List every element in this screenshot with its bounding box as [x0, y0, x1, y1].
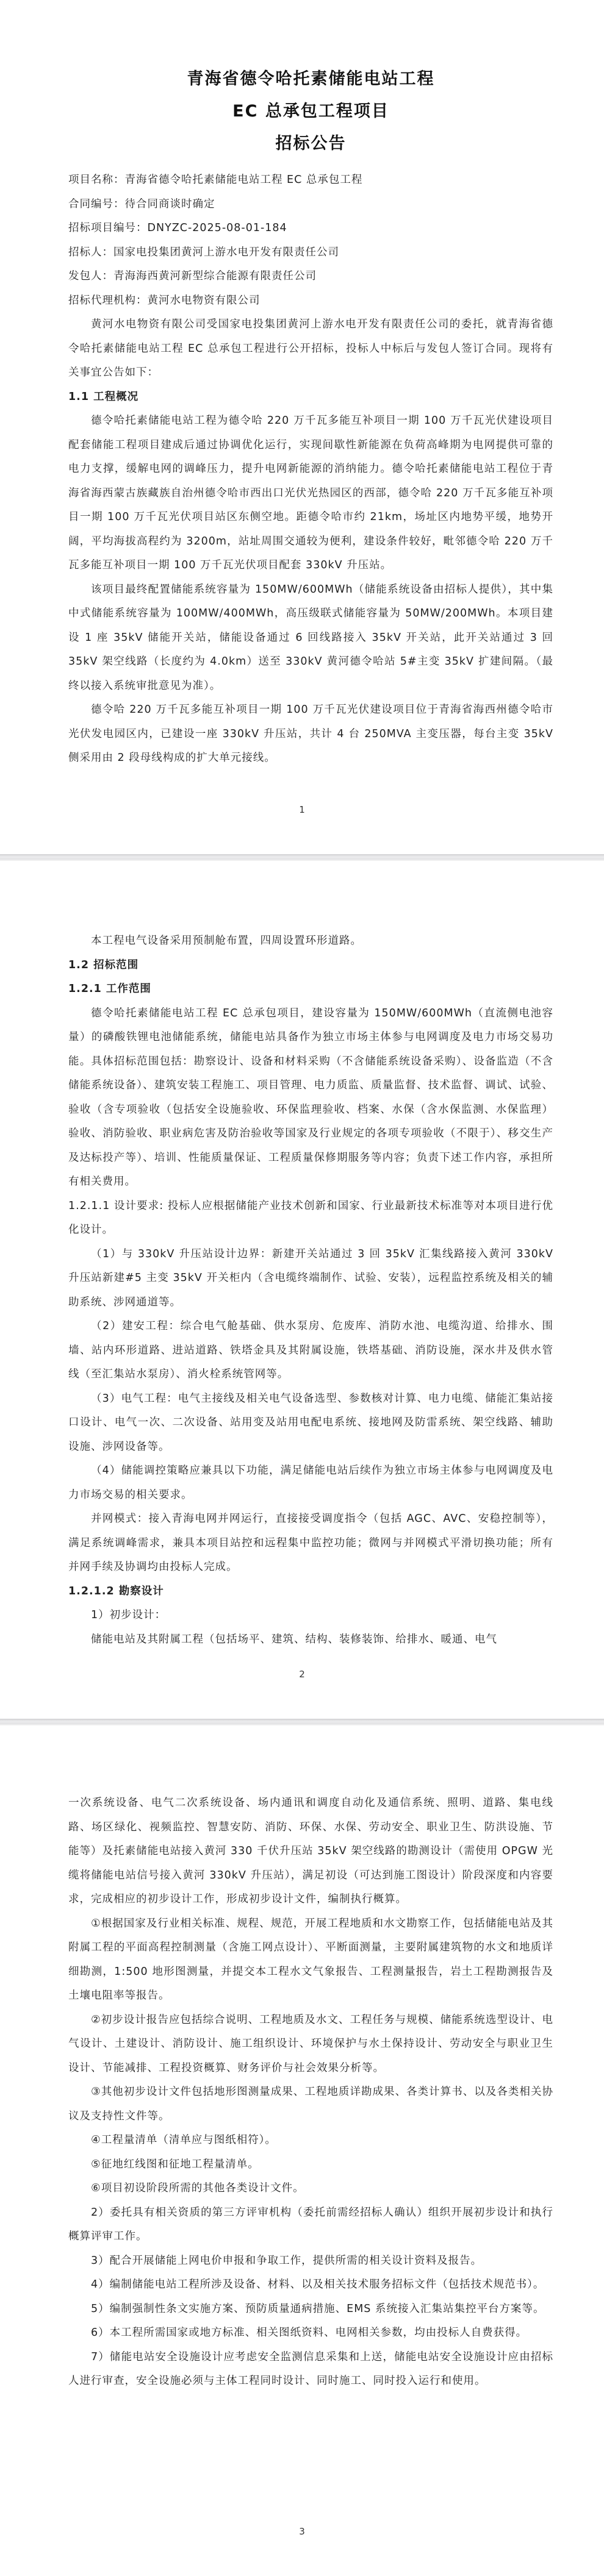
page-number-3: 3	[0, 2526, 604, 2537]
paragraph: 2）委托具有相关资质的第三方评审机构（委托前需经招标人确认）组织开展初步设计和执…	[68, 2201, 553, 2249]
paragraph: 本工程电气设备采用预制舱布置，四周设置环形道路。	[68, 929, 553, 954]
page-3-content: 一次系统设备、电气二次系统设备、场内通讯和调度自动化及通信系统、照明、道路、集电…	[0, 1725, 604, 2394]
page-1-content: 青海省德令哈托素储能电站工程EC 总承包工程项目招标公告项目名称：青海省德令哈托…	[0, 0, 604, 771]
paragraph: （3）电气工程：电气主接线及相关电气设备选型、参数核对计算、电力电缆、储能汇集站…	[68, 1387, 553, 1460]
paragraph: 5）编制强制性条文实施方案、预防质量通病措施、EMS 系统接入汇集站集控平台方案…	[68, 2297, 553, 2322]
tender-announcement-document: 青海省德令哈托素储能电站工程EC 总承包工程项目招标公告项目名称：青海省德令哈托…	[0, 0, 604, 2576]
paragraph: （4）储能调控策略应兼具以下功能，满足储能电站后续作为独立市场主体参与电网调度及…	[68, 1459, 553, 1507]
paragraph: 1）初步设计：	[68, 1604, 553, 1628]
page-number-2: 2	[0, 1669, 604, 1680]
paragraph: 并网模式：接入青海电网并网运行，直接接受调度指令（包括 AGC、AVC、安稳控制…	[68, 1507, 553, 1580]
section-heading: 1.2.1 工作范围	[68, 977, 553, 1002]
paragraph: 黄河水电物资有限公司受国家电投集团黄河上游水电开发有限责任公司的委托，就青海省德…	[68, 313, 553, 385]
meta-line: 招标代理机构：黄河水电物资有限公司	[68, 289, 553, 313]
paragraph: ④工程量清单（清单应与图纸相符）。	[68, 2128, 553, 2153]
document-page-3: 一次系统设备、电气二次系统设备、场内通讯和调度自动化及通信系统、照明、道路、集电…	[0, 1725, 604, 2576]
paragraph: 德令哈 220 万千瓦多能互补项目一期 100 万千瓦光伏建设项目位于青海省海西…	[68, 698, 553, 771]
document-title-line: 青海省德令哈托素储能电站工程	[68, 63, 553, 95]
paragraph: （1）与 330kV 升压站设计边界：新建开关站通过 3 回 35kV 汇集线路…	[68, 1243, 553, 1315]
paragraph: ⑤征地红线图和征地工程量清单。	[68, 2153, 553, 2177]
paragraph: （2）建安工程：综合电气舱基础、供水泵房、危废库、消防水池、电缆沟道、给排水、围…	[68, 1315, 553, 1387]
paragraph: 7）储能电站安全设施设计应考虑安全监测信息采集和上送，储能电站安全设施设计应由招…	[68, 2346, 553, 2394]
section-heading: 1.1 工程概况	[68, 385, 553, 410]
meta-line: 项目名称：青海省德令哈托素储能电站工程 EC 总承包工程	[68, 168, 553, 193]
paragraph: 该项目最终配置储能系统容量为 150MW/600MWh（储能系统设备由招标人提供…	[68, 578, 553, 699]
document-page-2: 本工程电气设备采用预制舱布置，四周设置环形道路。1.2 招标范围1.2.1 工作…	[0, 861, 604, 1719]
paragraph: 德令哈托素储能电站工程为德令哈 220 万千瓦多能互补项目一期 100 万千瓦光…	[68, 409, 553, 578]
paragraph: 储能电站及其附属工程（包括场平、建筑、结构、装修装饰、给排水、暖通、电气	[68, 1628, 553, 1652]
document-title-line: 招标公告	[68, 127, 553, 160]
page-divider-1	[0, 854, 604, 861]
paragraph: 1.2.1.1 设计要求: 投标人应根据储能产业技术创新和国家、行业最新技术标准…	[68, 1194, 553, 1243]
paragraph: ②初步设计报告应包括综合说明、工程地质及水文、工程任务与规模、储能系统选型设计、…	[68, 2008, 553, 2081]
document-page-1: 青海省德令哈托素储能电站工程EC 总承包工程项目招标公告项目名称：青海省德令哈托…	[0, 0, 604, 854]
paragraph: 4）编制储能电站工程所涉及设备、材料、以及相关技术服务招标文件（包括技术规范书）…	[68, 2273, 553, 2297]
page-number-1: 1	[0, 804, 604, 815]
paragraph: 3）配合开展储能上网电价申报和争取工作，提供所需的相关设计资料及报告。	[68, 2249, 553, 2274]
page-2-content: 本工程电气设备采用预制舱布置，四周设置环形道路。1.2 招标范围1.2.1 工作…	[0, 861, 604, 1652]
section-heading: 1.2 招标范围	[68, 954, 553, 978]
paragraph: ③其他初步设计文件包括地形图测量成果、工程地质详勘成果、各类计算书、以及各类相关…	[68, 2080, 553, 2128]
meta-line: 招标项目编号：DNYZC-2025-08-01-184	[68, 216, 553, 241]
meta-line: 招标人：国家电投集团黄河上游水电开发有限责任公司	[68, 241, 553, 265]
paragraph: 德令哈托素储能电站工程 EC 总承包项目，建设容量为 150MW/600MWh（…	[68, 1002, 553, 1194]
paragraph: ①根据国家及行业相关标准、规程、规范，开展工程地质和水文勘察工作，包括储能电站及…	[68, 1912, 553, 2008]
meta-line: 发包人：青海海西黄河新型综合能源有限责任公司	[68, 265, 553, 289]
document-title-line: EC 总承包工程项目	[68, 95, 553, 127]
paragraph: 一次系统设备、电气二次系统设备、场内通讯和调度自动化及通信系统、照明、道路、集电…	[68, 1791, 553, 1912]
paragraph: 6）本工程所需国家或地方标准、相关图纸资料、电网相关参数，均由投标人自费获得。	[68, 2321, 553, 2346]
meta-line: 合同编号：待合同商谈时确定	[68, 193, 553, 217]
page-divider-2	[0, 1719, 604, 1725]
paragraph: ⑥项目初设阶段所需的其他各类设计文件。	[68, 2177, 553, 2201]
section-heading: 1.2.1.2 勘察设计	[68, 1580, 553, 1604]
